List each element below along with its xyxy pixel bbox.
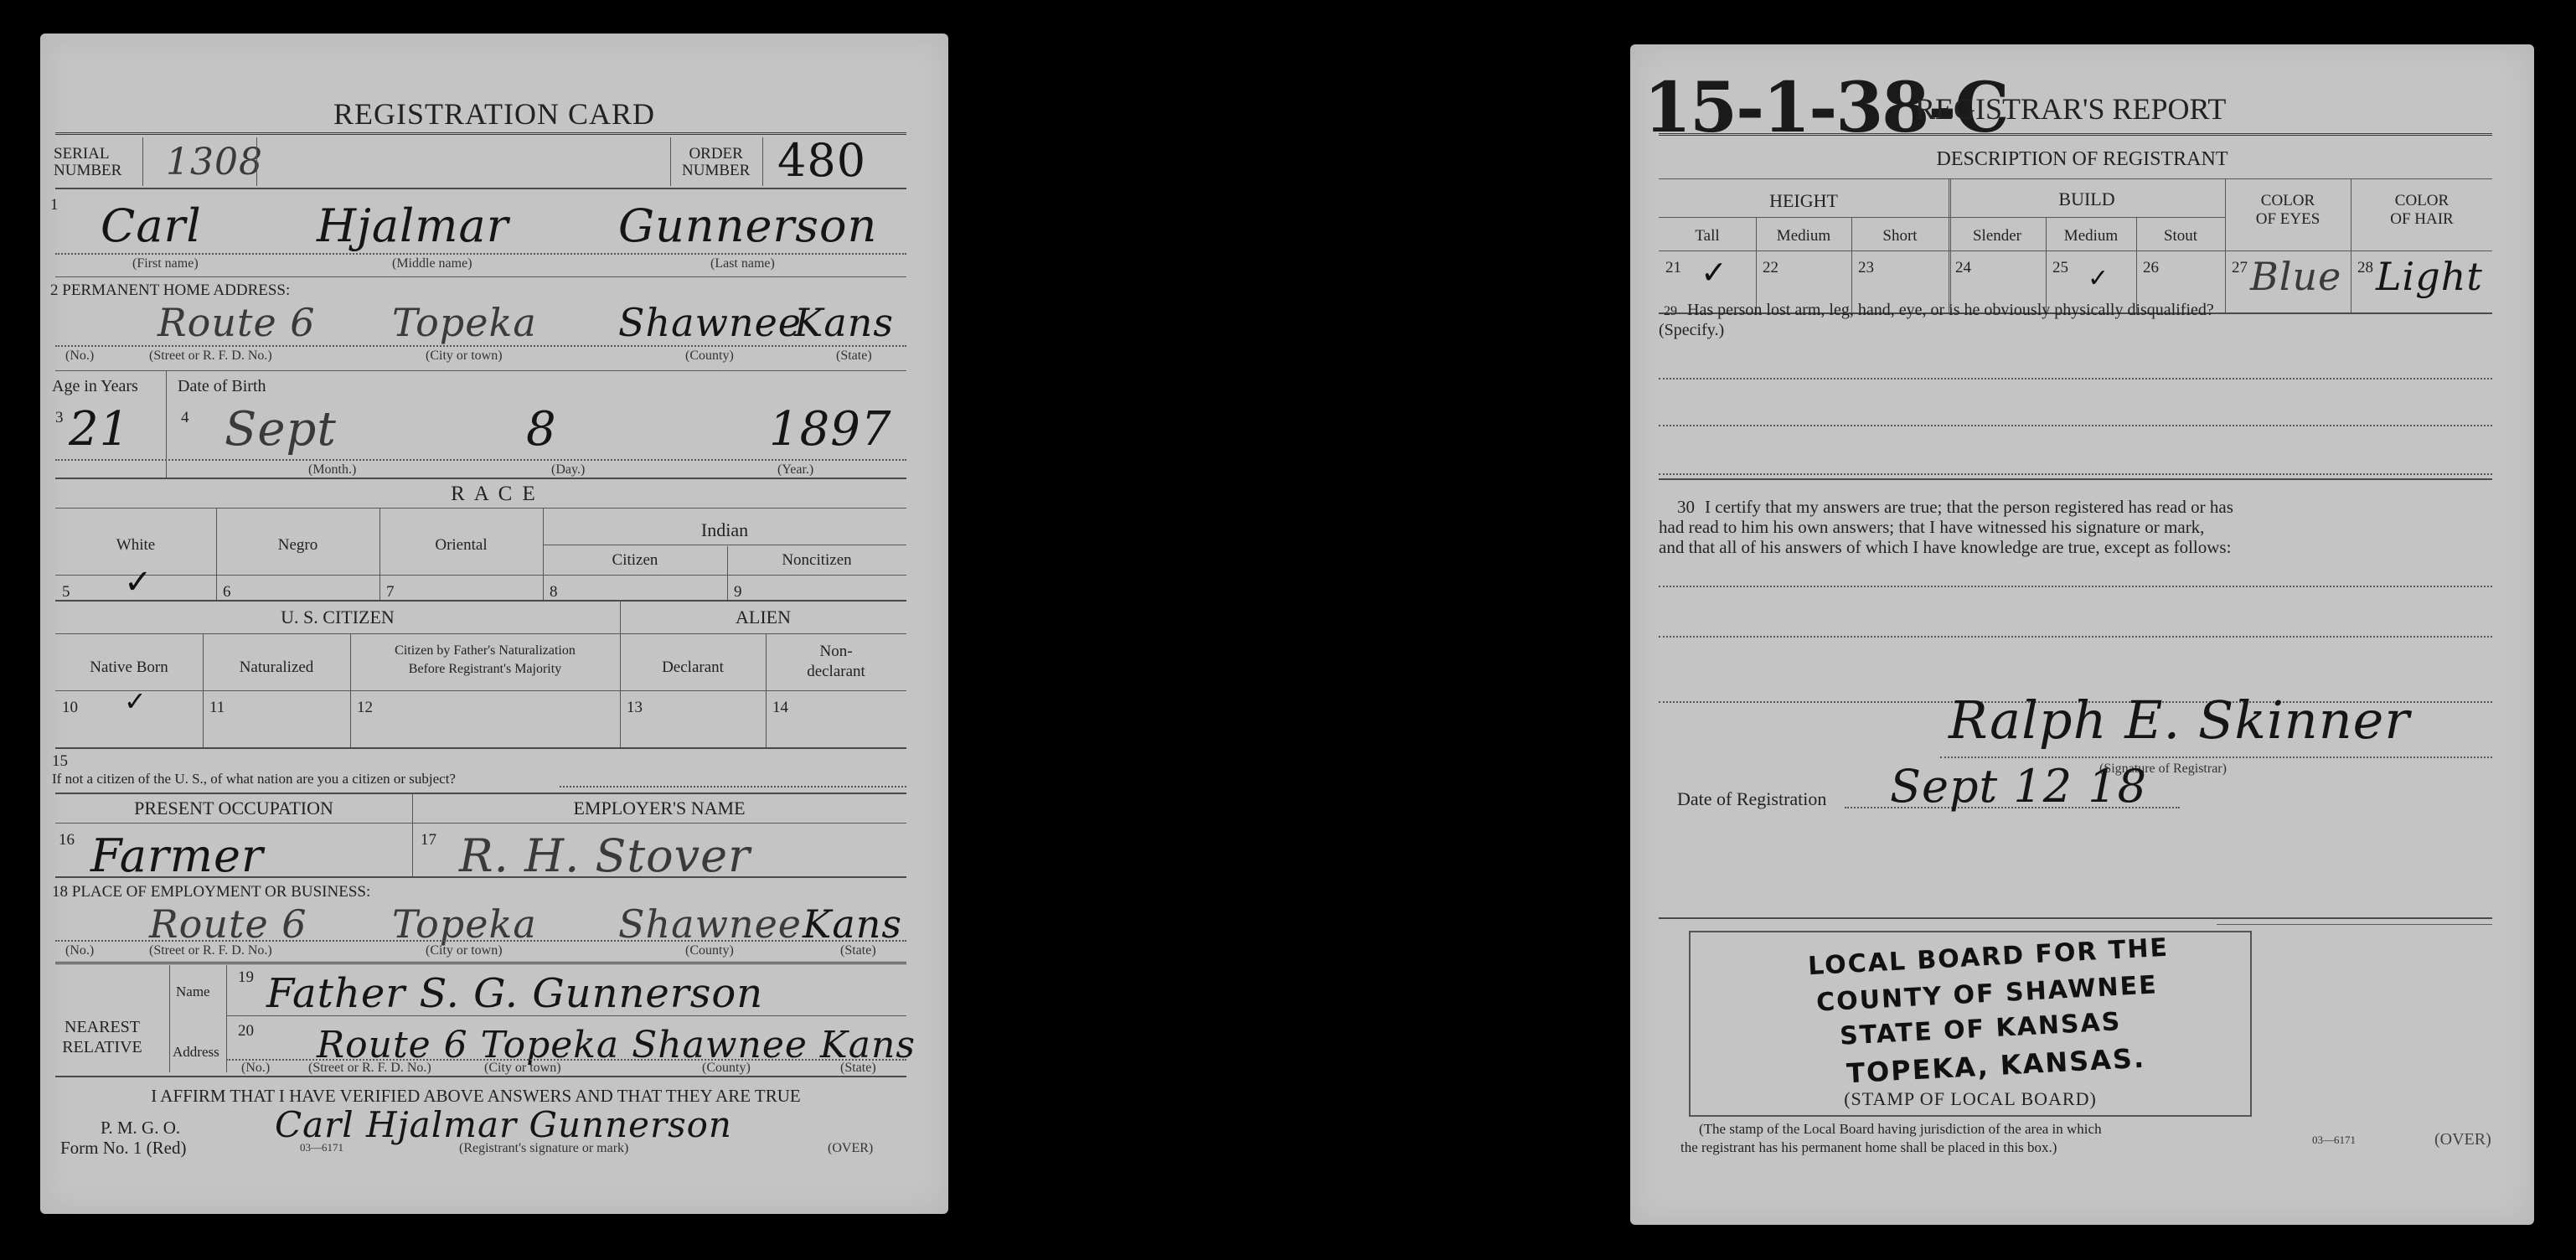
rule (55, 962, 906, 968)
race-white-checkmark[interactable]: ✓ (124, 563, 152, 602)
field-number: 27 (2232, 259, 2248, 277)
registrar-signature[interactable]: Ralph E. Skinner (1949, 689, 2410, 751)
certification-line1: I certify that my answers are true; that… (1705, 497, 2233, 517)
occupation-header: PRESENT OCCUPATION (55, 798, 412, 819)
rule (1659, 478, 2492, 480)
field-number: 24 (1955, 259, 1971, 277)
rule (55, 188, 906, 189)
report-title: REGISTRAR'S REPORT (1915, 91, 2226, 127)
rule (55, 600, 906, 602)
rule (55, 823, 906, 824)
rule (1659, 133, 2492, 139)
field-number: 6 (223, 583, 231, 602)
build-title: BUILD (1949, 188, 2225, 210)
last-name-caption: (Last name) (710, 256, 775, 271)
answer-line (1659, 473, 2492, 475)
citizen-by-father-line1: Citizen by Father's Naturalization (350, 642, 620, 660)
caption-no: (No.) (241, 1061, 270, 1076)
caption-state: (State) (840, 943, 876, 958)
nearest-relative-line2: RELATIVE (52, 1037, 152, 1057)
hair-color-label: COLOR OF HAIR (2351, 192, 2493, 229)
height-title: HEIGHT (1659, 190, 1949, 212)
citizen-by-father-label: Citizen by Father's Naturalization Befor… (350, 642, 620, 679)
certification-text: 30I certify that my answers are true; th… (1659, 497, 2496, 557)
rule (55, 478, 906, 479)
rule (55, 1076, 906, 1077)
field-number: 10 (62, 699, 78, 717)
q29-question: Has person lost arm, leg, hand, eye, or … (1687, 301, 2214, 319)
divider (169, 965, 170, 1072)
middle-name-caption: (Middle name) (392, 256, 472, 271)
eye-color-line1: COLOR (2225, 192, 2351, 210)
dob-year-value[interactable]: 1897 (769, 402, 892, 457)
rule (55, 276, 906, 277)
form-id-line1: P. M. G. O. (101, 1118, 180, 1139)
field-number: 3 (55, 409, 64, 427)
certification-line2: had read to him his own answers; that I … (1659, 517, 2496, 537)
field-number: 29 (1664, 304, 1677, 318)
day-caption: (Day.) (551, 462, 585, 478)
employer-value[interactable]: R. H. Stover (459, 829, 751, 882)
race-title: R A C E (40, 483, 948, 506)
over-label: (OVER) (2434, 1130, 2491, 1149)
build-medium-label: Medium (2046, 227, 2136, 245)
race-indian-label: Indian (543, 519, 906, 541)
footnote-line2: the registrant has his permanent home sh… (1680, 1139, 2102, 1157)
stamp-caption: (STAMP OF LOCAL BOARD) (1691, 1088, 2250, 1110)
caption-county: (County) (685, 943, 734, 958)
rule (1659, 917, 2492, 919)
nationality-question: If not a citizen of the U. S., of what n… (52, 771, 456, 787)
rule (2217, 924, 2492, 925)
field-number: 17 (421, 831, 436, 849)
relative-name-label: Name (176, 984, 210, 1000)
caption-city: (City or town) (484, 1061, 561, 1076)
hair-color-line1: COLOR (2351, 192, 2493, 210)
rule (1659, 250, 2492, 251)
answer-line (1659, 425, 2492, 426)
home-county-value[interactable]: Shawnee (618, 300, 802, 345)
us-citizen-title: U. S. CITIZEN (55, 607, 620, 628)
rule (55, 633, 906, 634)
field-number: 4 (181, 409, 189, 427)
registrant-signature[interactable]: Carl Hjalmar Gunnerson (275, 1104, 732, 1145)
q29-text: 29Has person lost arm, leg, hand, eye, o… (1664, 301, 2214, 320)
exception-line (1659, 636, 2492, 638)
field-number: 21 (1665, 259, 1681, 277)
caption-street: (Street or R. F. D. No.) (308, 1061, 431, 1076)
employment-line (55, 940, 906, 942)
field-number: 7 (386, 583, 395, 602)
eye-color-label: COLOR OF EYES (2225, 192, 2351, 229)
signature-line (1940, 757, 2492, 758)
rule (55, 508, 906, 509)
registration-date-value[interactable]: Sept 12 18 (1890, 760, 2147, 813)
divider (762, 137, 763, 186)
answer-line (1659, 378, 2492, 380)
rule (226, 1015, 906, 1016)
race-indian-noncitizen-label: Noncitizen (727, 551, 906, 570)
nondeclarant-label: Non- declarant (766, 642, 906, 682)
rule (1659, 217, 2225, 218)
dob-label: Date of Birth (178, 377, 266, 396)
first-name-value[interactable]: Carl (101, 199, 202, 252)
hair-color-value[interactable]: Light (2376, 254, 2483, 299)
field-number: 5 (62, 583, 70, 602)
eye-color-value[interactable]: Blue (2250, 254, 2341, 299)
stamp-footnote: (The stamp of the Local Board having jur… (1680, 1120, 2102, 1157)
declarant-label: Declarant (620, 658, 766, 677)
home-street-value[interactable]: Route 6 (157, 300, 316, 345)
name-line (55, 253, 906, 255)
home-state-value[interactable]: Kans (794, 300, 894, 345)
field-number: 1 (50, 196, 59, 214)
field-number: 11 (209, 699, 225, 717)
race-white-label: White (55, 536, 216, 555)
height-tall-checkmark[interactable]: ✓ (1701, 254, 1727, 291)
build-slender-label: Slender (1949, 227, 2046, 245)
certification-line3: and that all of his answers of which I h… (1659, 537, 2496, 557)
age-label: Age in Years (52, 377, 138, 396)
field-number: 28 (2357, 259, 2373, 277)
field-number: 20 (238, 1022, 254, 1041)
race-oriental-label: Oriental (379, 536, 543, 555)
divider (256, 137, 257, 186)
divider (670, 137, 671, 186)
address-line (55, 345, 906, 347)
caption-state: (State) (836, 349, 872, 364)
dob-day-value[interactable]: 8 (526, 402, 557, 457)
build-stout-label: Stout (2136, 227, 2225, 245)
field-number: 16 (59, 831, 75, 849)
occupation-value[interactable]: Farmer (90, 829, 264, 882)
order-label-1: ORDER (682, 146, 750, 163)
order-number-label: ORDER NUMBER (682, 146, 750, 179)
dob-line (55, 459, 906, 461)
caption-city: (City or town) (426, 349, 503, 364)
native-born-checkmark[interactable]: ✓ (124, 685, 147, 717)
nearest-relative-line1: NEAREST (52, 1017, 152, 1037)
field-number: 14 (772, 699, 788, 717)
dob-month-value[interactable]: Sept (225, 402, 337, 457)
serial-number-label: SERIAL NUMBER (54, 146, 121, 179)
middle-name-value[interactable]: Hjalmar (317, 199, 509, 252)
caption-state: (State) (840, 1061, 876, 1076)
build-medium-checkmark[interactable]: ✓ (2088, 264, 2109, 293)
serial-number-value[interactable]: 1308 (166, 141, 263, 183)
field-number: 19 (238, 968, 254, 987)
field-number: 15 (52, 752, 68, 771)
hair-color-line2: OF HAIR (2351, 210, 2493, 229)
divider (166, 370, 167, 478)
divider (142, 137, 143, 186)
height-medium-label: Medium (1756, 227, 1851, 245)
registration-date-label: Date of Registration (1677, 788, 1826, 810)
month-caption: (Month.) (308, 462, 356, 478)
home-address-label: 2 PERMANENT HOME ADDRESS: (50, 281, 290, 300)
order-label-2: NUMBER (682, 163, 750, 179)
field-number: 23 (1858, 259, 1874, 277)
form-id-line2: Form No. 1 (Red) (60, 1138, 187, 1159)
caption-street: (Street or R. F. D. No.) (149, 349, 272, 364)
order-number-value[interactable]: 480 (777, 134, 866, 187)
field-number: 8 (550, 583, 558, 602)
divider (226, 965, 227, 1072)
rule (55, 370, 906, 371)
field-number: 13 (627, 699, 643, 717)
race-indian-citizen-label: Citizen (543, 551, 727, 570)
signature-caption: (Registrant's signature or mark) (459, 1141, 628, 1156)
last-name-value[interactable]: Gunnerson (618, 199, 877, 252)
print-code: 03—6171 (2312, 1133, 2356, 1147)
description-title: DESCRIPTION OF REGISTRANT (1630, 148, 2534, 171)
rule (543, 545, 906, 545)
year-caption: (Year.) (777, 462, 813, 478)
card-title: REGISTRATION CARD (40, 96, 948, 132)
rule (55, 690, 906, 691)
exception-line (1659, 586, 2492, 587)
serial-label-2: NUMBER (54, 163, 121, 179)
field-number: 9 (734, 583, 742, 602)
citizen-by-father-line2: Before Registrant's Majority (350, 660, 620, 679)
rule (55, 575, 906, 576)
caption-street: (Street or R. F. D. No.) (149, 943, 272, 958)
caption-city: (City or town) (426, 943, 503, 958)
height-tall-label: Tall (1659, 227, 1756, 245)
field-number: 22 (1763, 259, 1778, 277)
print-code: 03—6171 (300, 1141, 343, 1154)
relative-address-label: Address (173, 1044, 219, 1061)
caption-county: (County) (702, 1061, 751, 1076)
nondeclarant-line2: declarant (766, 662, 906, 682)
native-born-label: Native Born (55, 658, 203, 677)
first-name-caption: (First name) (132, 256, 199, 271)
q29-specify: (Specify.) (1659, 321, 1724, 340)
eye-color-line2: OF EYES (2225, 210, 2351, 229)
race-negro-label: Negro (216, 536, 379, 555)
rule (55, 876, 906, 878)
serial-label-1: SERIAL (54, 146, 121, 163)
field-number: 30 (1677, 497, 1695, 517)
field-number: 25 (2052, 259, 2068, 277)
caption-no: (No.) (65, 349, 94, 364)
rule (1659, 178, 2492, 179)
over-label: (OVER) (828, 1141, 873, 1156)
registration-card: REGISTRATION CARD SERIAL NUMBER 1308 ORD… (40, 34, 948, 1214)
caption-county: (County) (685, 349, 734, 364)
caption-no: (No.) (65, 943, 94, 958)
field-number: 26 (2143, 259, 2159, 277)
rule (55, 747, 906, 749)
rule (55, 793, 906, 794)
local-board-stamp-box: LOCAL BOARD FOR THE COUNTY OF SHAWNEE ST… (1689, 931, 2252, 1117)
alien-title: ALIEN (620, 607, 906, 628)
nearest-relative-label: NEAREST RELATIVE (52, 1017, 152, 1057)
nationality-line (560, 786, 906, 787)
home-city-value[interactable]: Topeka (392, 300, 537, 345)
height-short-label: Short (1851, 227, 1949, 245)
place-of-employment-label: 18 PLACE OF EMPLOYMENT OR BUSINESS: (52, 883, 370, 901)
stamp-line4: TOPEKA, KANSAS. (1846, 1042, 2146, 1090)
field-number: 12 (357, 699, 373, 717)
employer-header: EMPLOYER'S NAME (412, 798, 906, 819)
relative-name-value[interactable]: Father S. G. Gunnerson (266, 970, 763, 1017)
nondeclarant-line1: Non- (766, 642, 906, 662)
footnote-line1: (The stamp of the Local Board having jur… (1680, 1120, 2102, 1139)
age-value[interactable]: 21 (69, 402, 130, 457)
registrars-report-card: 15-1-38-C REGISTRAR'S REPORT DESCRIPTION… (1630, 44, 2534, 1225)
naturalized-label: Naturalized (203, 658, 350, 677)
